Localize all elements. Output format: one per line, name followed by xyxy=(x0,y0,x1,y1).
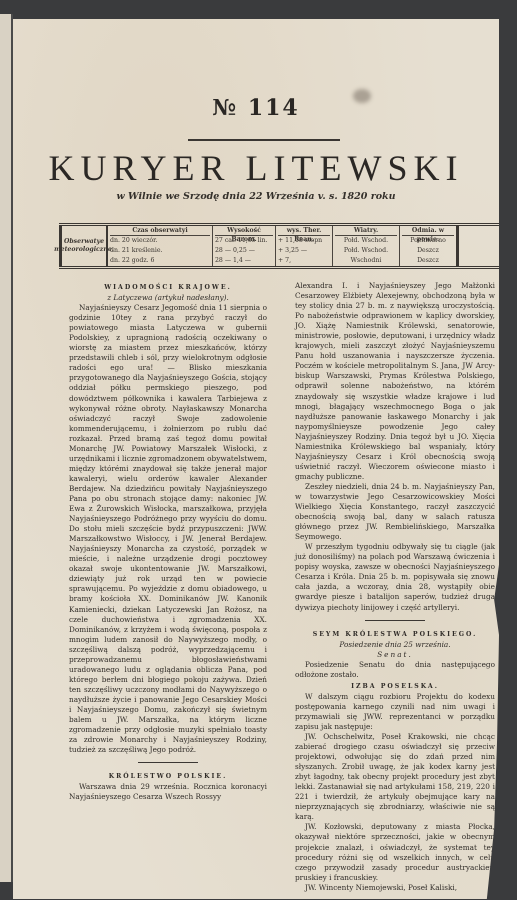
article-paragraph: JW. Kozłowski, deputowany z miasta Płock… xyxy=(295,822,495,882)
article-paragraph: Zeszłey niedzieli, dnia 24 b. m. Nayjaśn… xyxy=(295,482,495,542)
article-paragraph: Warszawa dnia 29 września. Rocznica koro… xyxy=(69,782,267,802)
weather-col-conditions: Odmia. w powie. Pochmurno Deszcz Deszcz xyxy=(400,226,459,266)
article-paragraph: Alexandra I. i Nayjaśnieyszey Jego Małżo… xyxy=(295,281,495,482)
article-subheading: z Latyczewa (artykuł nadesłany). xyxy=(69,293,267,303)
right-column: Alexandra I. i Nayjaśnieyszey Jego Małżo… xyxy=(295,281,495,893)
weather-observations-table: Obserwatye meteorologiczne. Czas obserwa… xyxy=(59,223,515,269)
newspaper-page: № 114 KURYER LITEWSKI w Wilnie we Srzodę… xyxy=(13,19,499,899)
session-date: Posiedzenie dnia 25 września. xyxy=(295,640,495,650)
issue-number: № 114 xyxy=(13,95,499,121)
section-separator xyxy=(365,620,425,621)
section-heading-kingdom-of-poland: KRÓLESTWO POLSKIE. xyxy=(69,772,267,782)
article-paragraph: JW. Ochschelwitz, Poseł Krakowski, nie c… xyxy=(295,732,495,822)
header-rule xyxy=(188,139,340,141)
section-heading-sejm: SEYM KRÓLESTWA POLSKIEGO. xyxy=(295,630,495,640)
masthead-title: KURYER LITEWSKI xyxy=(13,147,499,189)
article-paragraph: W dalszym ciągu rozbioru Projektu do kod… xyxy=(295,692,495,732)
weather-col-thermometer: wys. Ther. Reau. + 11,08 stopn + 3,25 — … xyxy=(276,226,333,266)
left-column: WIADOMOŚCI KRAJOWE. z Latyczewa (artykuł… xyxy=(69,281,267,802)
weather-col-time: Czas obserwatyi dn. 20 wieczór. dn. 21 k… xyxy=(108,226,213,266)
section-heading-domestic-news: WIADOMOŚCI KRAJOWE. xyxy=(69,283,267,293)
weather-col-barometer: Wysokość Barom. 27 cal. 11,65 lin. 28 — … xyxy=(213,226,276,266)
senate-heading: Senat. xyxy=(295,650,495,660)
weather-col-winds: Wiatry. Połd. Wschod. Połd. Wschod. Wsch… xyxy=(333,226,400,266)
senate-text: Posiedzenie Senatu do dnia następującego… xyxy=(295,660,495,680)
article-paragraph: Nayjaśnieyszy Cesarz Jegomość dnia 11 si… xyxy=(69,303,267,755)
chamber-heading: IZBA POSELSKA. xyxy=(295,682,495,692)
page-gutter xyxy=(11,14,13,882)
dateline: w Wilnie we Srzodę dnia 22 Września v. s… xyxy=(13,191,499,202)
weather-table-label: Obserwatye meteorologiczne. xyxy=(59,226,108,266)
section-separator xyxy=(138,762,198,763)
article-paragraph: W przeszłym tygodniu odbywały się tu cią… xyxy=(295,542,495,612)
article-paragraph: JW. Wincenty Niemojewski, Poseł Kaliski, xyxy=(295,883,495,893)
